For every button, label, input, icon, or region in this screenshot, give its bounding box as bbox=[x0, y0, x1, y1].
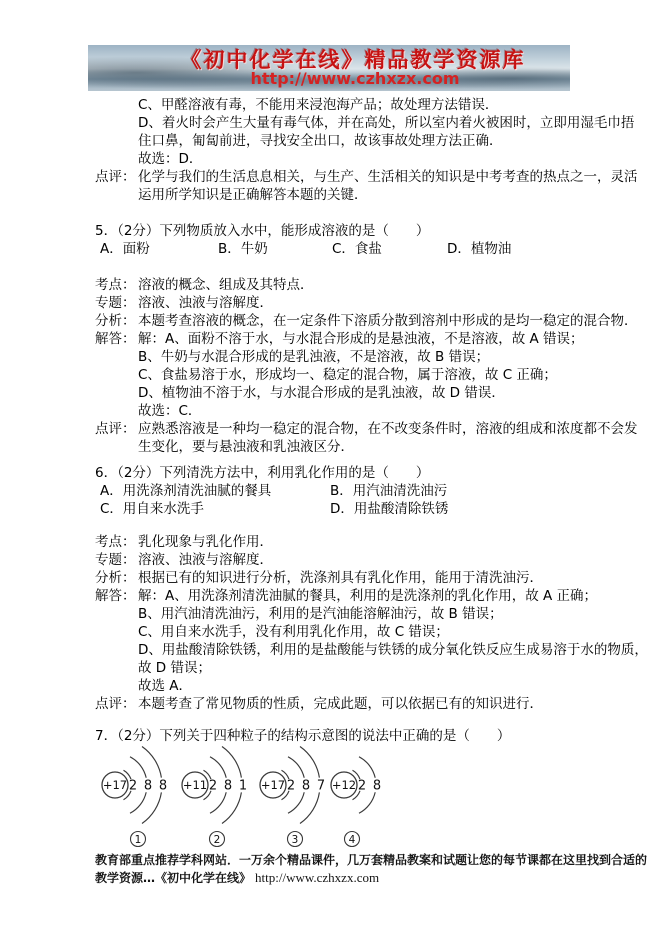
text-line: 解：A、面粉不溶于水，与水混合形成的是悬浊液，不是溶液，故 A 错误； bbox=[138, 330, 584, 348]
exam-point-row: 考点： 溶液的概念、组成及其特点． bbox=[95, 276, 573, 294]
text-line: 本题考查了常见物质的性质，完成此题，可以依据已有的知识进行． bbox=[138, 695, 573, 713]
shell-electron-count: 8 bbox=[144, 779, 152, 794]
topic-row: 专题： 溶液、浊液与溶解度． bbox=[95, 551, 573, 569]
banner-title: 《初中化学在线》精品教学资源库 bbox=[88, 45, 570, 72]
text-line: 化学与我们的生活息息相关，与生产、生活相关的知识是中考考查的热点之一，灵活 bbox=[138, 168, 638, 186]
text-line: C、食盐易溶于水，形成均一、稳定的混合物，属于溶液，故 C 正确； bbox=[138, 366, 584, 384]
question-7: 7．（2分）下列关于四种粒子的结构示意图的说法中正确的是（ ） +172881+… bbox=[95, 727, 573, 853]
diagram-label-number: 1 bbox=[135, 834, 142, 846]
analysis-label: 分析： bbox=[95, 312, 138, 330]
text-line: D、用盐酸清除铁锈，利用的是盐酸能与铁锈的成分氧化铁反应生成易溶于水的物质， bbox=[138, 641, 648, 659]
topic-row: 专题： 溶液、浊液与溶解度． bbox=[95, 294, 573, 312]
question-6: 6．（2分）下列清洗方法中，利用乳化作用的是（ ） A．用洗涤剂清洗油腻的餐具 … bbox=[95, 464, 573, 713]
shell-electron-count: 2 bbox=[287, 779, 295, 794]
text-line: 运用所学知识是正确解答本题的关键． bbox=[138, 186, 638, 204]
shell-arc bbox=[130, 792, 146, 813]
shell-electron-count: 7 bbox=[317, 779, 325, 794]
shell-electron-count: 8 bbox=[224, 779, 232, 794]
footer: 教育部重点推荐学科网站．一万余个精品课件，几万套精品教案和试题让您的每节课都在这… bbox=[95, 851, 575, 887]
question-5: 5．（2分）下列物质放入水中，能形成溶液的是（ ） A．面粉 B．牛奶 C．食盐… bbox=[95, 222, 573, 456]
question-5-options: A．面粉 B．牛奶 C．食盐 D．植物油 bbox=[95, 240, 573, 258]
previous-answer-continuation: C、甲醛溶液有毒，不能用来浸泡海产品；故处理方法错误．D、着火时会产生大量有毒气… bbox=[95, 96, 573, 204]
exam-point-text: 乳化现象与乳化作用． bbox=[138, 533, 573, 551]
comment-row: 点评： 化学与我们的生活息息相关，与生产、生活相关的知识是中考考查的热点之一，灵… bbox=[95, 168, 573, 204]
shell-arc bbox=[359, 792, 375, 813]
comment-row: 点评： 本题考查了常见物质的性质，完成此题，可以依据已有的知识进行． bbox=[95, 695, 573, 713]
nucleus-charge: +12 bbox=[332, 778, 356, 792]
comment-label: 点评： bbox=[95, 420, 138, 456]
shell-electron-count: 2 bbox=[358, 779, 366, 794]
text-line: 故选：C． bbox=[138, 402, 584, 420]
solution-row: 解答： 解：A、用洗涤剂清洗油腻的餐具，利用的是洗涤剂的乳化作用，故 A 正确；… bbox=[95, 587, 573, 695]
shell-arc bbox=[210, 792, 226, 813]
text-line: D、植物油不溶于水，与水混合形成的是乳浊液，故 D 错误． bbox=[138, 384, 584, 402]
topic-text: 溶液、浊液与溶解度． bbox=[138, 551, 573, 569]
text-line: B、用汽油清洗油污，利用的是汽油能溶解油污，故 B 错误； bbox=[138, 605, 648, 623]
shell-electron-count: 2 bbox=[129, 779, 137, 794]
exam-point-label: 考点： bbox=[95, 533, 138, 551]
solution-label: 解答： bbox=[95, 330, 138, 420]
particle-diagrams-svg: +172881+112812+172873+12284 bbox=[95, 745, 575, 853]
document-body: C、甲醛溶液有毒，不能用来浸泡海产品；故处理方法错误．D、着火时会产生大量有毒气… bbox=[95, 96, 573, 853]
comment-text: 化学与我们的生活息息相关，与生产、生活相关的知识是中考考查的热点之一，灵活运用所… bbox=[138, 168, 638, 204]
comment-label: 点评： bbox=[95, 168, 138, 204]
text-line: 故 D 错误； bbox=[138, 659, 648, 677]
question-6-stem: 6．（2分）下列清洗方法中，利用乳化作用的是（ ） bbox=[95, 464, 573, 482]
option-c: C．用自来水洗手 bbox=[100, 500, 330, 518]
shell-arc bbox=[359, 757, 375, 778]
shell-electron-count: 2 bbox=[209, 779, 217, 794]
solution-text: 解：A、面粉不溶于水，与水混合形成的是悬浊液，不是溶液，故 A 错误；B、牛奶与… bbox=[138, 330, 584, 420]
footer-url[interactable]: http://www.czhxzx.com bbox=[255, 870, 379, 885]
text-line: B、牛奶与水混合形成的是乳浊液，不是溶液，故 B 错误； bbox=[138, 348, 584, 366]
site-banner: 《初中化学在线》精品教学资源库 http://www.czhxzx.com bbox=[88, 45, 570, 91]
option-d: D．植物油 bbox=[447, 240, 573, 258]
text-line: 应熟悉溶液是一种均一稳定的混合物，在不改变条件时，溶液的组成和浓度都不会发 bbox=[138, 420, 638, 438]
question-6-options: A．用洗涤剂清洗油腻的餐具 B．用汽油清洗油污 C．用自来水洗手 D．用盐酸清除… bbox=[95, 482, 573, 518]
solution-lines: C、甲醛溶液有毒，不能用来浸泡海产品；故处理方法错误．D、着火时会产生大量有毒气… bbox=[95, 96, 573, 168]
particle-diagram-2: +112812 bbox=[182, 747, 247, 847]
diagram-label-number: 2 bbox=[214, 834, 221, 846]
solution-label: 解答： bbox=[95, 587, 138, 695]
text-line: D、着火时会产生大量有毒气体，并在高处，所以室内着火被困时，立即用湿毛巾捂 bbox=[138, 114, 573, 132]
analysis-text: 根据已有的知识进行分析，洗涤剂具有乳化作用，能用于清洗油污． bbox=[138, 569, 573, 587]
shell-arc bbox=[130, 757, 146, 778]
banner-url: http://www.czhxzx.com bbox=[88, 70, 570, 88]
option-b: B．用汽油清洗油污 bbox=[330, 482, 573, 500]
nucleus-charge: +17 bbox=[261, 778, 285, 792]
comment-text: 应熟悉溶液是一种均一稳定的混合物，在不改变条件时，溶液的组成和浓度都不会发生变化… bbox=[138, 420, 638, 456]
exam-point-label: 考点： bbox=[95, 276, 138, 294]
shell-arc bbox=[288, 757, 304, 778]
particle-diagram-1: +172881 bbox=[102, 747, 167, 847]
solution-text: 解：A、用洗涤剂清洗油腻的餐具，利用的是洗涤剂的乳化作用，故 A 正确；B、用汽… bbox=[138, 587, 648, 695]
analysis-row: 分析： 根据已有的知识进行分析，洗涤剂具有乳化作用，能用于清洗油污． bbox=[95, 569, 573, 587]
comment-text: 本题考查了常见物质的性质，完成此题，可以依据已有的知识进行． bbox=[138, 695, 573, 713]
question-7-stem: 7．（2分）下列关于四种粒子的结构示意图的说法中正确的是（ ） bbox=[95, 727, 573, 745]
analysis-label: 分析： bbox=[95, 569, 138, 587]
option-d: D．用盐酸清除铁锈 bbox=[330, 500, 573, 518]
particle-diagram-4: +12284 bbox=[331, 757, 381, 847]
text-line: 住口鼻，匍匐前进，寻找安全出口，故该事故处理方法正确． bbox=[138, 132, 573, 150]
particle-diagram-3: +172873 bbox=[260, 747, 325, 847]
document-page: 《初中化学在线》精品教学资源库 http://www.czhxzx.com C、… bbox=[0, 0, 661, 935]
text-line: C、甲醛溶液有毒，不能用来浸泡海产品；故处理方法错误． bbox=[138, 96, 573, 114]
text-line: 解：A、用洗涤剂清洗油腻的餐具，利用的是洗涤剂的乳化作用，故 A 正确； bbox=[138, 587, 648, 605]
text-line: 故选 A． bbox=[138, 677, 648, 695]
topic-text: 溶液、浊液与溶解度． bbox=[138, 294, 573, 312]
shell-electron-count: 1 bbox=[239, 779, 247, 794]
footer-line1: 教育部重点推荐学科网站．一万余个精品课件，几万套精品教案和试题让您的每节课都在这… bbox=[95, 851, 575, 869]
topic-label: 专题： bbox=[95, 551, 138, 569]
option-a: A．面粉 bbox=[100, 240, 218, 258]
shell-electron-count: 8 bbox=[159, 779, 167, 794]
option-c: C．食盐 bbox=[332, 240, 447, 258]
text-line: 故选：D． bbox=[138, 150, 573, 168]
diagram-label-number: 4 bbox=[349, 834, 356, 846]
option-a: A．用洗涤剂清洗油腻的餐具 bbox=[100, 482, 330, 500]
diagram-label-number: 3 bbox=[292, 834, 299, 846]
nucleus-charge: +11 bbox=[183, 778, 207, 792]
exam-point-text: 溶液的概念、组成及其特点． bbox=[138, 276, 573, 294]
shell-arc bbox=[210, 757, 226, 778]
topic-label: 专题： bbox=[95, 294, 138, 312]
footer-line2-text: 教学资源…《初中化学在线》 bbox=[95, 871, 251, 885]
option-b: B．牛奶 bbox=[218, 240, 332, 258]
shell-arc bbox=[288, 792, 304, 813]
question-5-stem: 5．（2分）下列物质放入水中，能形成溶液的是（ ） bbox=[95, 222, 573, 240]
exam-point-row: 考点： 乳化现象与乳化作用． bbox=[95, 533, 573, 551]
analysis-text: 本题考查溶液的概念，在一定条件下溶质分散到溶剂中形成的是均一稳定的混合物． bbox=[138, 312, 638, 330]
text-line: C、用自来水洗手，没有利用乳化作用，故 C 错误； bbox=[138, 623, 648, 641]
comment-row: 点评： 应熟悉溶液是一种均一稳定的混合物，在不改变条件时，溶液的组成和浓度都不会… bbox=[95, 420, 573, 456]
shell-electron-count: 8 bbox=[302, 779, 310, 794]
shell-electron-count: 8 bbox=[373, 779, 381, 794]
comment-label: 点评： bbox=[95, 695, 138, 713]
nucleus-charge: +17 bbox=[103, 778, 127, 792]
analysis-row: 分析： 本题考查溶液的概念，在一定条件下溶质分散到溶剂中形成的是均一稳定的混合物… bbox=[95, 312, 573, 330]
footer-line2: 教学资源…《初中化学在线》http://www.czhxzx.com bbox=[95, 869, 575, 887]
text-line: 生变化，要与悬浊液和乳浊液区分． bbox=[138, 438, 638, 456]
solution-row: 解答： 解：A、面粉不溶于水，与水混合形成的是悬浊液，不是溶液，故 A 错误；B… bbox=[95, 330, 573, 420]
